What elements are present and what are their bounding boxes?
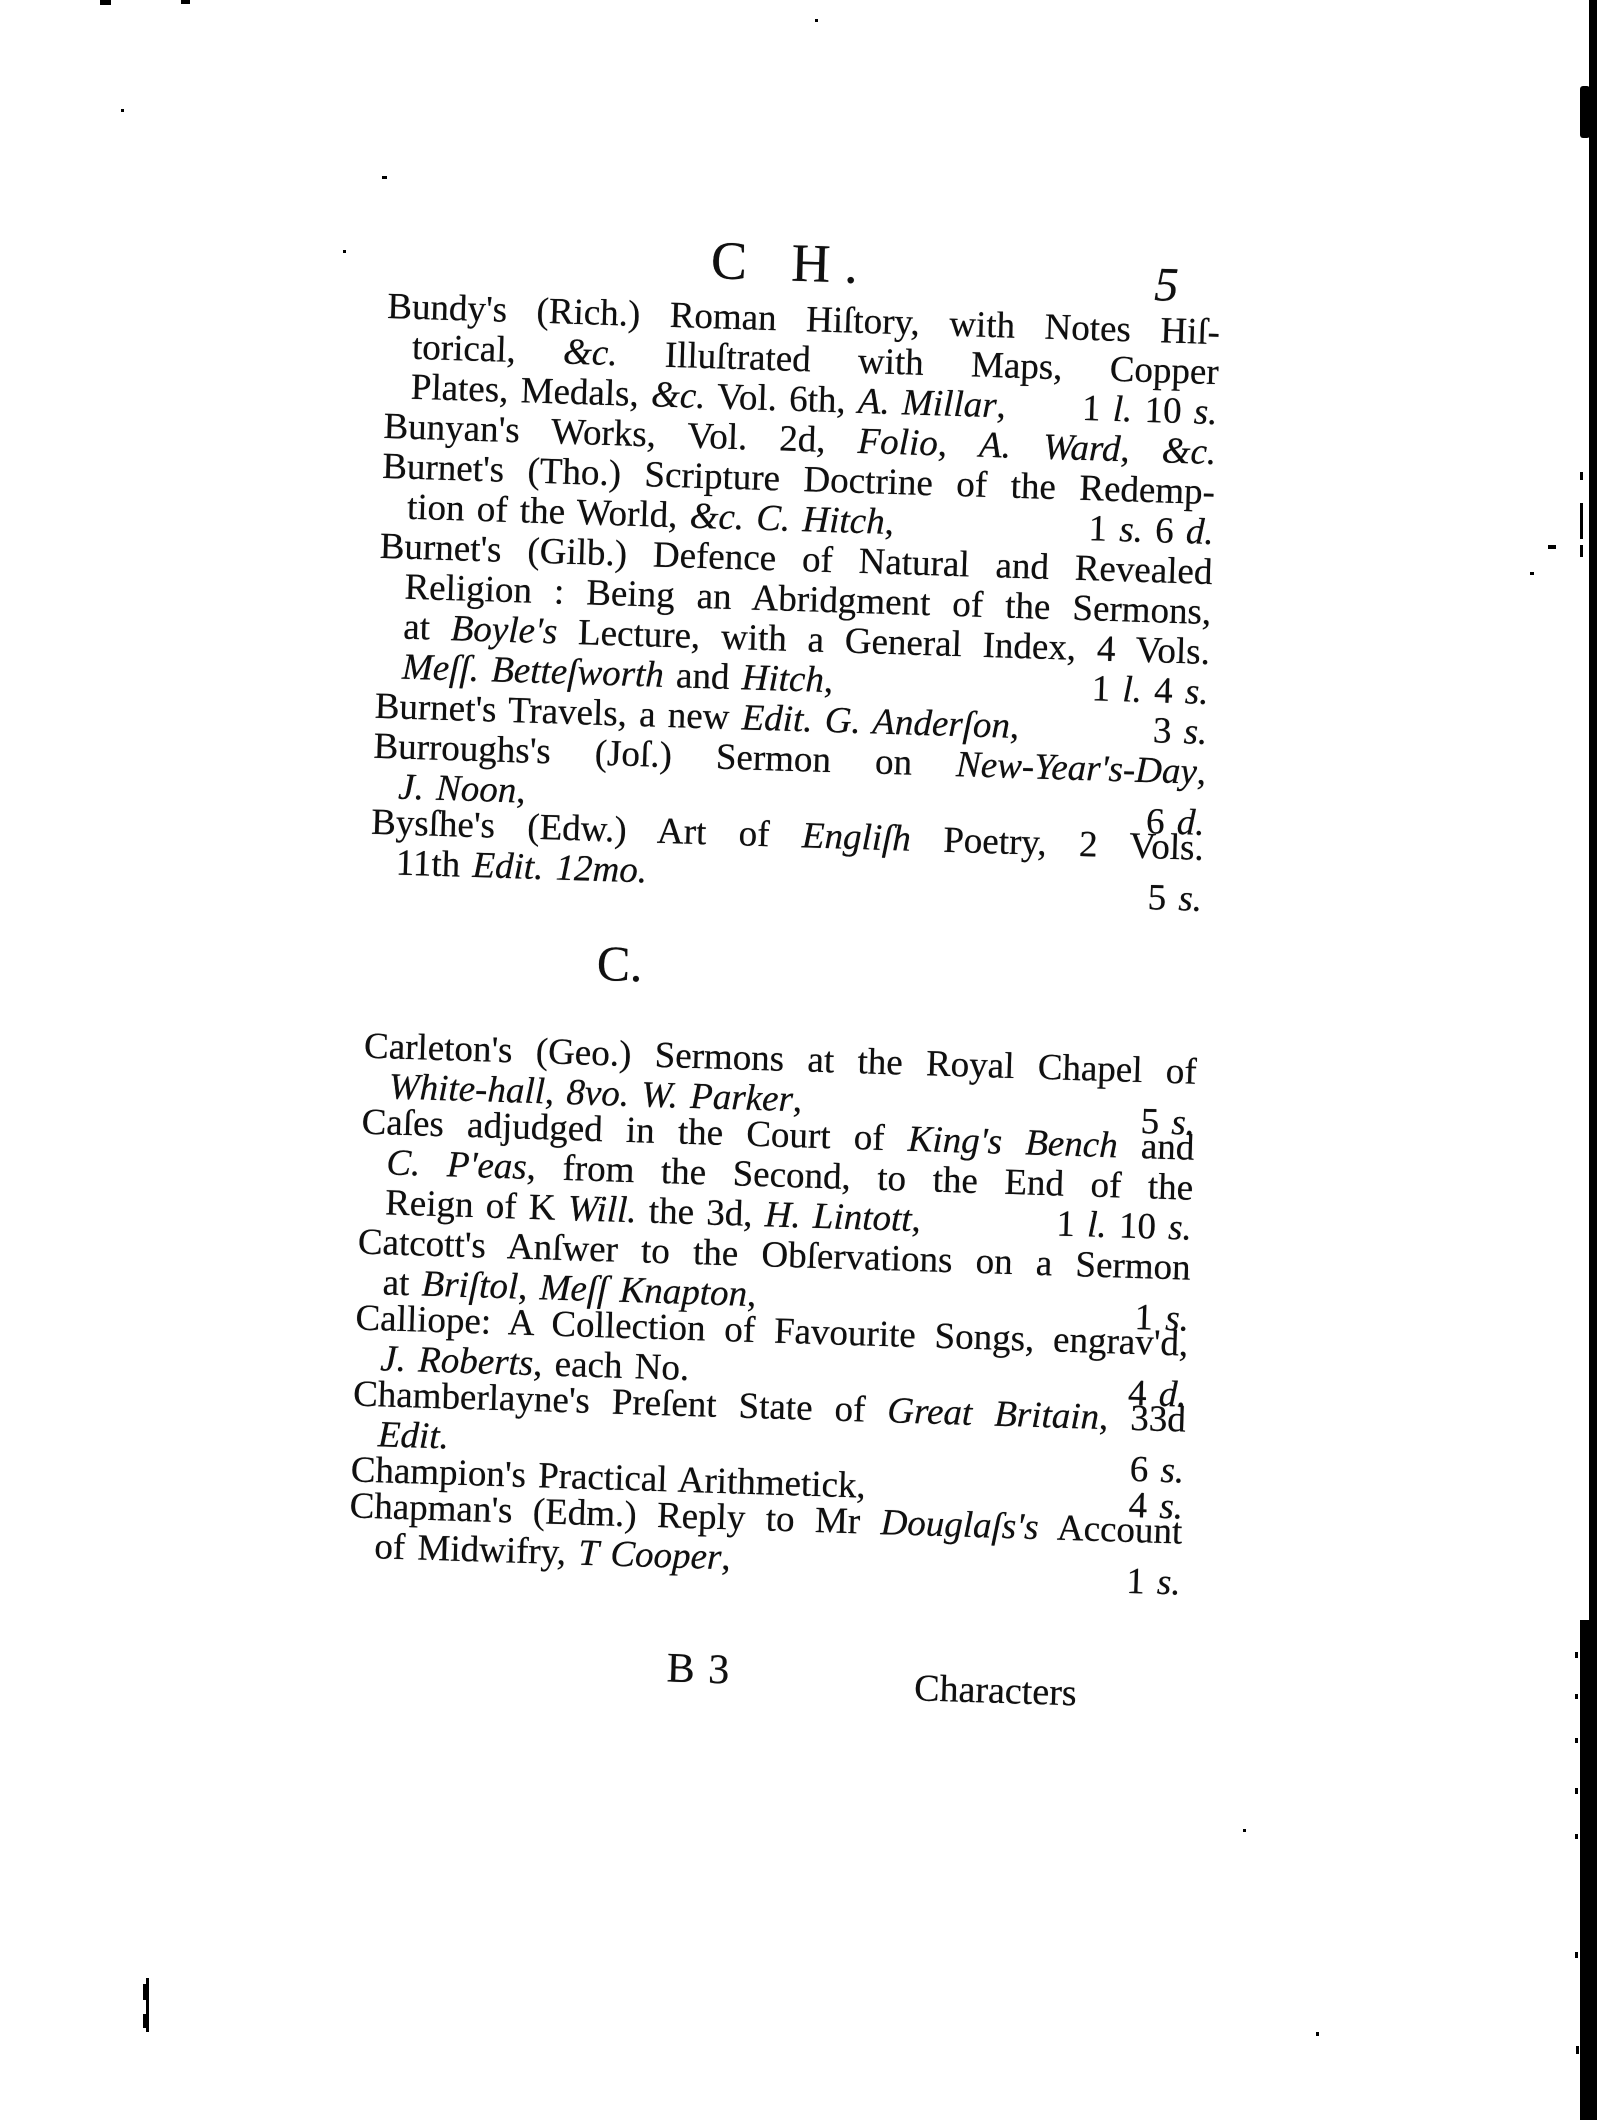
page-number: 5 <box>1154 261 1179 310</box>
text-segment: l. <box>1122 669 1143 711</box>
text-segment: A. Millar <box>857 381 997 426</box>
scan-artifact <box>382 176 387 179</box>
text-segment: Hitch <box>741 657 824 701</box>
text-segment: , <box>516 770 527 811</box>
text-segment: H. Lintott <box>764 1194 912 1240</box>
text-segment: King's Bench <box>907 1119 1118 1167</box>
text-segment: , <box>544 1071 567 1113</box>
text-segment: at <box>403 607 452 649</box>
text-segment: , <box>792 1079 803 1120</box>
text-segment: Vol. 6th, <box>705 376 859 422</box>
scan-artifact <box>181 0 190 4</box>
scan-artifact <box>1580 503 1583 539</box>
text-segment: l. <box>1112 389 1133 431</box>
running-title: C H. <box>710 233 873 292</box>
text-segment: C. P'eas <box>386 1143 528 1188</box>
text-segment: , <box>911 1199 922 1240</box>
page-footer: B 3 Characters <box>343 1636 1178 1732</box>
signature-mark: B 3 <box>666 1646 730 1692</box>
text-segment: s. <box>1119 509 1144 551</box>
scan-artifact <box>1575 1788 1578 1794</box>
text-segment: New-Year's-Day <box>955 744 1197 793</box>
text-segment: , 33d <box>1098 1397 1186 1441</box>
text-segment: 1 <box>1126 1561 1158 1603</box>
scan-artifact <box>1575 1834 1578 1839</box>
text-segment: &c. <box>563 332 619 375</box>
text-segment: , <box>1196 752 1207 793</box>
text-segment: 12mo. <box>555 848 648 892</box>
text-segment: Boyle's <box>450 608 558 652</box>
text-segment: l. <box>1087 1204 1108 1246</box>
text-segment: 10 <box>1106 1205 1169 1248</box>
text-segment: at <box>382 1262 422 1304</box>
scan-artifact <box>1580 1620 1590 2120</box>
text-segment: A. Ward <box>979 425 1122 470</box>
text-segment: Account <box>1038 1507 1183 1552</box>
text-segment: , <box>937 423 980 465</box>
text-segment: , <box>721 1537 732 1578</box>
price: 5 s. <box>1147 877 1203 920</box>
scan-artifact <box>143 2014 148 2028</box>
text-segment: 3 <box>1152 710 1184 752</box>
text-segment: Edit. <box>472 845 544 888</box>
text-segment: , <box>746 1274 757 1315</box>
text-segment: s. <box>1193 391 1218 433</box>
price: 1 l. 10 s. <box>1081 389 1218 433</box>
page-text-block: C H. 5 Bundy's (Rich.) Roman Hiſtory, wi… <box>343 287 1220 1732</box>
scan-artifact <box>1576 2046 1579 2054</box>
text-segment: s. <box>1156 1562 1181 1604</box>
text-segment: 6 <box>1142 510 1186 552</box>
scan-artifact <box>1243 1829 1246 1832</box>
scan-artifact <box>1575 1694 1578 1699</box>
price: 1 l. 10 s. <box>1056 1204 1193 1248</box>
text-segment: &c. C. Hitch <box>689 496 885 543</box>
scan-artifact <box>1575 1738 1578 1743</box>
text-segment: torical, <box>411 327 563 373</box>
entries-section-b: Bundy's (Rich.) Roman Hiſtory, with Note… <box>369 287 1220 905</box>
text-segment: Engliſh <box>801 815 911 859</box>
text-segment: d. <box>1185 511 1214 553</box>
text-segment: 1 <box>1088 508 1120 550</box>
scanned-book-page: C H. 5 Bundy's (Rich.) Roman Hiſtory, wi… <box>0 0 1597 2120</box>
text-segment: Douglaſs's <box>880 1502 1039 1548</box>
text-segment: 10 <box>1132 389 1195 432</box>
text-segment: Reign of K <box>385 1182 569 1229</box>
text-segment: , <box>884 502 895 543</box>
text-segment: 11th <box>395 843 473 886</box>
text-segment: , <box>1009 706 1020 747</box>
text-segment: T Cooper <box>578 1533 722 1578</box>
scan-artifact <box>1580 472 1583 480</box>
text-segment: Folio <box>857 421 938 464</box>
entries-section-c: Carleton's (Geo.) Sermons at the Royal C… <box>348 1027 1197 1589</box>
text-segment: 1 <box>1056 1203 1088 1245</box>
text-segment: &c. <box>650 374 706 417</box>
text-segment: 5 <box>1147 877 1179 919</box>
scan-artifact <box>1580 86 1590 138</box>
text-segment: , <box>1120 429 1163 471</box>
price: 1 s. <box>1126 1561 1182 1604</box>
price: 1 l. 4 s. <box>1091 669 1209 713</box>
catchword: Characters <box>914 1668 1078 1713</box>
text-segment: 1 <box>1091 668 1123 710</box>
scanner-edge-right <box>1589 0 1597 2120</box>
scan-artifact <box>815 19 818 22</box>
scan-artifact <box>1575 1952 1578 1958</box>
scan-artifact <box>343 250 346 253</box>
scan-artifact <box>1530 572 1534 575</box>
scan-artifact <box>143 1984 149 2000</box>
text-segment: s. <box>1183 711 1208 753</box>
scan-artifact <box>1580 545 1583 557</box>
scan-artifact <box>1575 1652 1578 1658</box>
text-segment: 4 <box>1141 670 1185 712</box>
text-segment: Will. <box>567 1188 637 1231</box>
text-segment: &c. <box>1161 430 1217 473</box>
text-segment: Great Britain <box>887 1390 1100 1438</box>
text-segment: s. <box>1184 671 1209 713</box>
price: 3 s. <box>1152 711 1208 753</box>
text-segment: and <box>1117 1125 1195 1168</box>
price: 1 s. 6 d. <box>1088 509 1214 553</box>
text-segment: , <box>823 660 834 701</box>
text-segment: and <box>663 655 742 698</box>
text-segment: s. <box>1168 1207 1193 1249</box>
scan-artifact <box>121 109 124 112</box>
text-segment: the 3d, <box>636 1190 765 1235</box>
text-segment: , <box>518 1267 541 1309</box>
text-segment: s. <box>1178 878 1203 920</box>
scan-artifact <box>100 0 111 5</box>
scan-artifact <box>1548 545 1556 549</box>
section-heading-c: C. <box>596 936 1200 1009</box>
text-segment: of Midwifry, <box>374 1526 579 1573</box>
scan-artifact <box>1316 2032 1319 2036</box>
text-segment: , <box>996 385 1007 426</box>
text-segment: 1 <box>1081 388 1113 430</box>
